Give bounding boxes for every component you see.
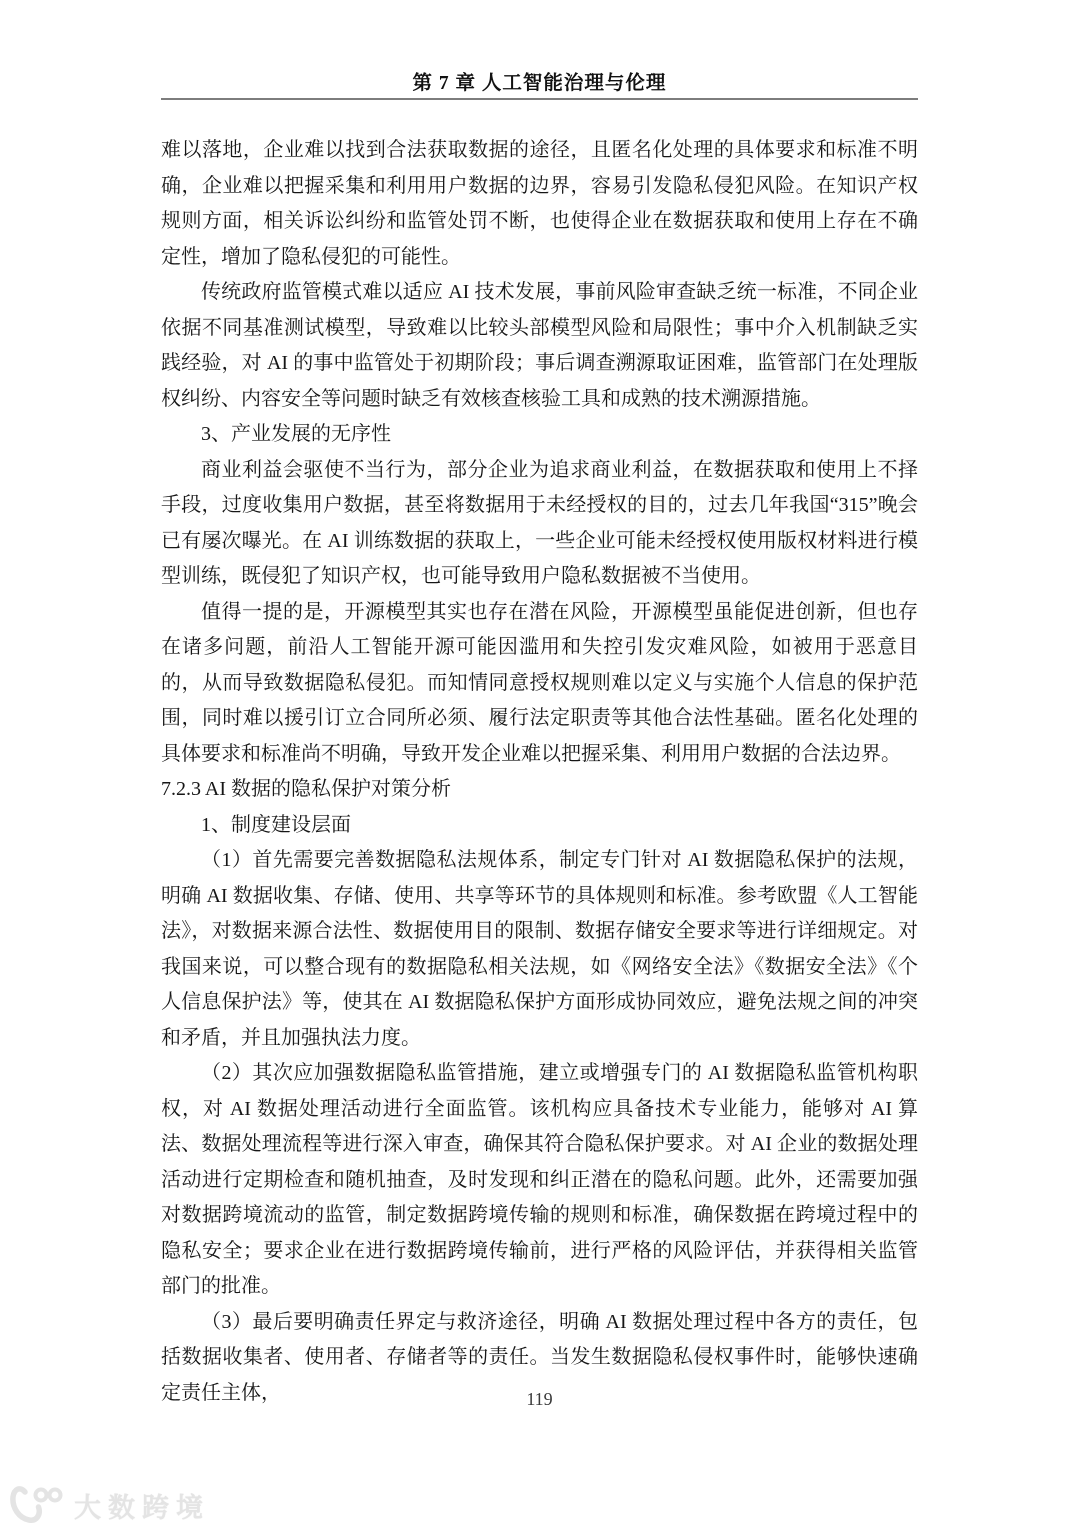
document-page: 第 7 章 人工智能治理与伦理 难以落地，企业难以找到合法获取数据的途径，且匿名… (0, 0, 1080, 1527)
subheading-industry-disorder: 3、产业发展的无序性 (161, 417, 918, 453)
header-rule (161, 98, 918, 100)
running-head: 第 7 章 人工智能治理与伦理 (161, 0, 918, 108)
section-heading-723: 7.2.3 AI 数据的隐私保护对策分析 (161, 772, 918, 808)
dashu-kuajing-logo-icon (10, 1484, 64, 1526)
paragraph-point-2-supervision: （2）其次应加强数据隐私监管措施，建立或增强专门的 AI 数据隐私监管机构职权，… (161, 1056, 918, 1305)
page-number: 119 (161, 1385, 918, 1413)
watermark: 大数跨境 (10, 1484, 210, 1526)
paragraph-continuation: 难以落地，企业难以找到合法获取数据的途径，且匿名化处理的具体要求和标准不明确，企… (161, 133, 918, 275)
subheading-institution-building: 1、制度建设层面 (161, 808, 918, 844)
page-body: 难以落地，企业难以找到合法获取数据的途径，且匿名化处理的具体要求和标准不明确，企… (161, 133, 918, 1411)
paragraph-open-source-risk: 值得一提的是，开源模型其实也存在潜在风险，开源模型虽能促进创新，但也存在诸多问题… (161, 595, 918, 773)
watermark-label: 大数跨境 (74, 1486, 210, 1525)
paragraph-regulation-model: 传统政府监管模式难以适应 AI 技术发展，事前风险审查缺乏统一标准，不同企业依据… (161, 275, 918, 417)
paragraph-point-1-legal-system: （1）首先需要完善数据隐私法规体系，制定专门针对 AI 数据隐私保护的法规，明确… (161, 843, 918, 1056)
chapter-title: 第 7 章 人工智能治理与伦理 (161, 0, 918, 97)
paragraph-commercial-interest: 商业利益会驱使不当行为，部分企业为追求商业利益，在数据获取和使用上不择手段，过度… (161, 453, 918, 595)
